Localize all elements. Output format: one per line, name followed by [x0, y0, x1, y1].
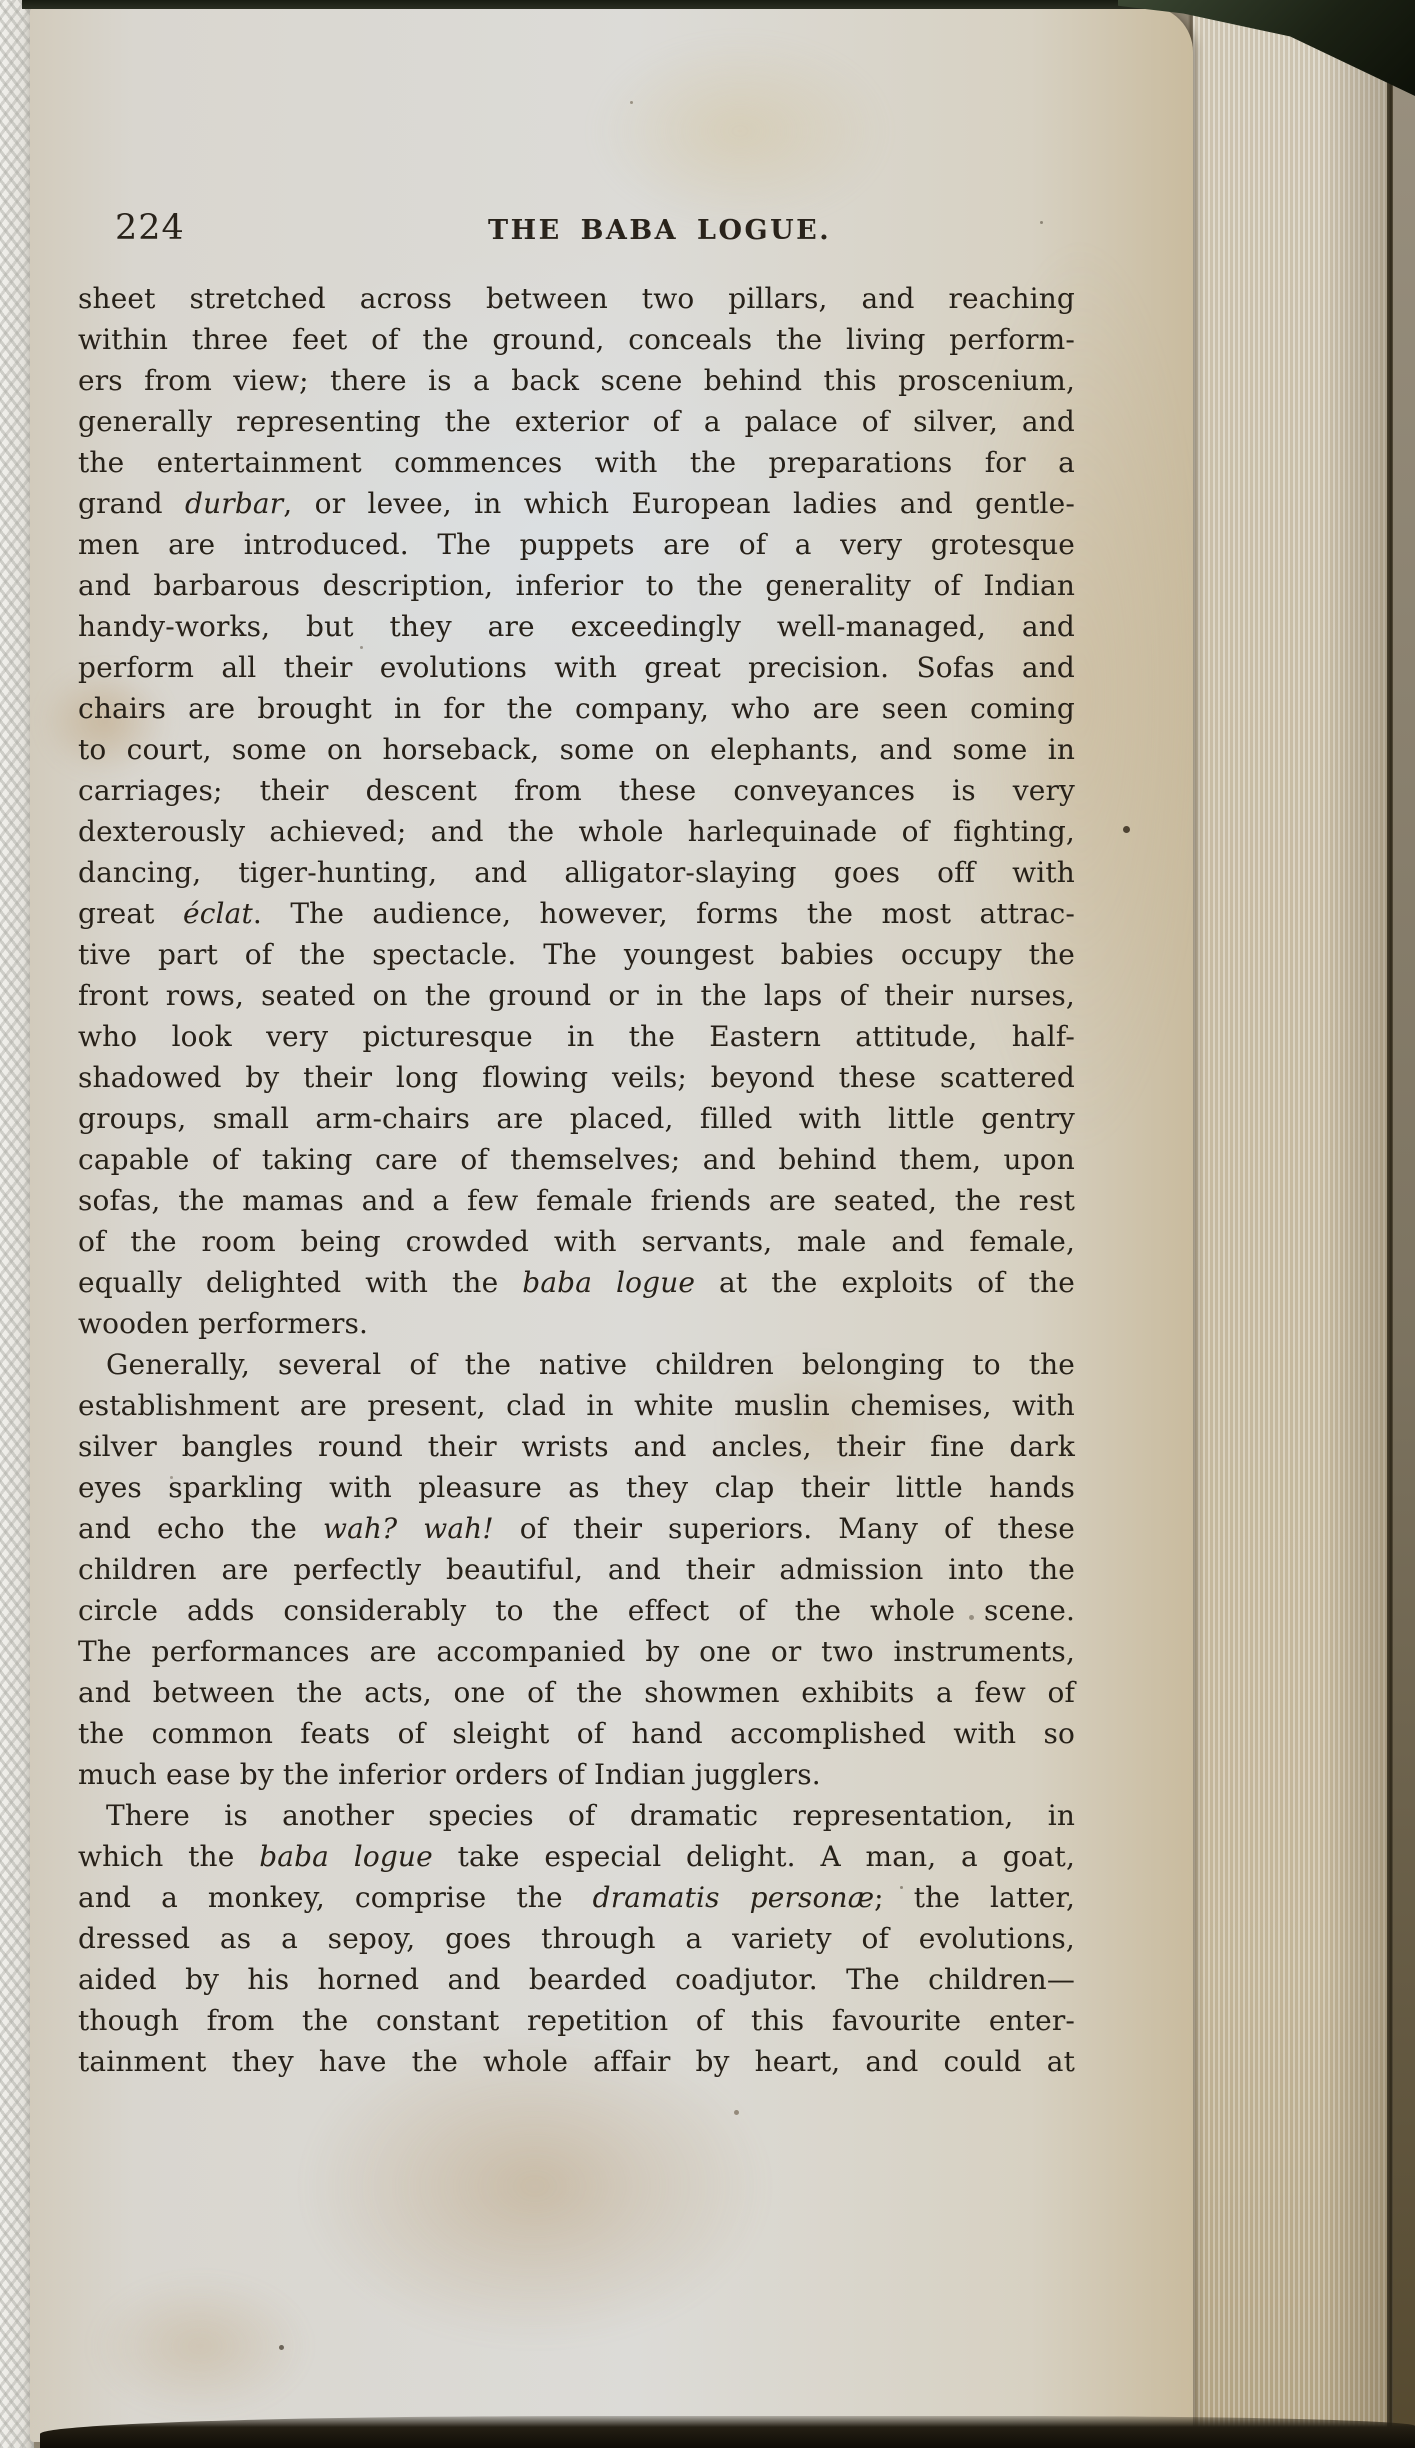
text-line: children are perfectly beautiful, and th…	[78, 1549, 1075, 1590]
text-line: dressed as a sepoy, goes through a varie…	[78, 1918, 1075, 1959]
text-line: to court, some on horseback, some on ele…	[78, 729, 1075, 770]
body-text: equally delighted with the	[78, 1266, 522, 1299]
text-line: groups, small arm-chairs are placed, fil…	[78, 1098, 1075, 1139]
body-text: of their superiors. Many of these	[494, 1512, 1075, 1545]
text-line: and barbarous description, inferior to t…	[78, 565, 1075, 606]
text-line: handy-works, but they are exceedingly we…	[78, 606, 1075, 647]
text-line: of the room being crowded with servants,…	[78, 1221, 1075, 1262]
text-line: chairs are brought in for the company, w…	[78, 688, 1075, 729]
body-text: grand	[78, 487, 185, 520]
text-line: within three feet of the ground, conceal…	[78, 319, 1075, 360]
running-title: THE BABA LOGUE.	[488, 215, 831, 246]
body-text: to court, some on horseback, some on ele…	[78, 733, 1075, 766]
body-text: sofas, the mamas and a few female friend…	[78, 1184, 1075, 1217]
text-line: and echo the wah? wah! of their superior…	[78, 1508, 1075, 1549]
text-line: equally delighted with the baba logue at…	[78, 1262, 1075, 1303]
body-text: dancing, tiger-hunting, and alligator-sl…	[78, 856, 1075, 889]
text-line: Generally, several of the native childre…	[78, 1344, 1075, 1385]
book-page: 224 THE BABA LOGUE. sheet stretched acro…	[30, 6, 1193, 2442]
text-block: sheet stretched across between two pilla…	[78, 278, 1075, 2082]
italic-text: baba logue	[522, 1266, 695, 1299]
text-line: ers from view; there is a back scene beh…	[78, 360, 1075, 401]
italic-text: baba logue	[259, 1840, 433, 1873]
body-text: of the room being crowded with servants,…	[78, 1225, 1075, 1258]
text-line: the entertainment commences with the pre…	[78, 442, 1075, 483]
page-number: 224	[115, 208, 185, 248]
body-text: at the exploits of the	[695, 1266, 1075, 1299]
body-text: tainment they have the whole affair by h…	[78, 2045, 1075, 2078]
paper-stain	[90, 2276, 310, 2416]
body-text: chairs are brought in for the company, w…	[78, 692, 1075, 725]
text-line: sofas, the mamas and a few female friend…	[78, 1180, 1075, 1221]
text-line: carriages; their descent from these conv…	[78, 770, 1075, 811]
body-text: dressed as a sepoy, goes through a varie…	[78, 1922, 1075, 1955]
text-line: establishment are present, clad in white…	[78, 1385, 1075, 1426]
text-line: perform all their evolutions with great …	[78, 647, 1075, 688]
text-line: great éclat. The audience, however, form…	[78, 893, 1075, 934]
body-text: eyes sparkling with pleasure as they cla…	[78, 1471, 1075, 1504]
book-photo: 224 THE BABA LOGUE. sheet stretched acro…	[0, 0, 1415, 2448]
text-line: and between the acts, one of the showmen…	[78, 1672, 1075, 1713]
text-line: circle adds considerably to the effect o…	[78, 1590, 1075, 1631]
body-text: , or levee, in which European ladies and…	[283, 487, 1075, 520]
text-line: front rows, seated on the ground or in t…	[78, 975, 1075, 1016]
text-line: generally representing the exterior of a…	[78, 401, 1075, 442]
body-text: which the	[78, 1840, 259, 1873]
italic-text: éclat	[183, 897, 253, 930]
text-line: eyes sparkling with pleasure as they cla…	[78, 1467, 1075, 1508]
body-text: children are perfectly beautiful, and th…	[78, 1553, 1075, 1586]
body-text: ; the latter,	[874, 1881, 1075, 1914]
body-text: take especial delight. A man, a goat,	[433, 1840, 1075, 1873]
body-text: circle adds considerably to the effect o…	[78, 1594, 1075, 1627]
body-text: carriages; their descent from these conv…	[78, 774, 1075, 807]
body-text: and barbarous description, inferior to t…	[78, 569, 1075, 602]
italic-text: durbar	[185, 487, 283, 520]
text-line: the common feats of sleight of hand acco…	[78, 1713, 1075, 1754]
text-line: dancing, tiger-hunting, and alligator-sl…	[78, 852, 1075, 893]
text-line: tainment they have the whole affair by h…	[78, 2041, 1075, 2082]
body-text: Generally, several of the native childre…	[106, 1348, 1075, 1381]
text-line: capable of taking care of themselves; an…	[78, 1139, 1075, 1180]
body-text: great	[78, 897, 183, 930]
body-text: dexterously achieved; and the whole harl…	[78, 815, 1075, 848]
body-text: ers from view; there is a back scene beh…	[78, 364, 1075, 397]
body-text: sheet stretched across between two pilla…	[78, 282, 1075, 315]
page-fore-edge	[1193, 0, 1390, 2448]
text-line: silver bangles round their wrists and an…	[78, 1426, 1075, 1467]
body-text: front rows, seated on the ground or in t…	[78, 979, 1075, 1012]
body-text: generally representing the exterior of a…	[78, 405, 1075, 438]
body-text: the common feats of sleight of hand acco…	[78, 1717, 1075, 1750]
body-text: . The audience, however, forms the most …	[253, 897, 1075, 930]
body-text: and echo the	[78, 1512, 323, 1545]
body-text: perform all their evolutions with great …	[78, 651, 1075, 684]
body-text: shadowed by their long flowing veils; be…	[78, 1061, 1075, 1094]
body-text: within three feet of the ground, conceal…	[78, 323, 1075, 356]
text-line: aided by his horned and bearded coadjuto…	[78, 1959, 1075, 2000]
text-line: The performances are accompanied by one …	[78, 1631, 1075, 1672]
body-text: wooden performers.	[78, 1307, 368, 1340]
text-line: much ease by the inferior orders of Indi…	[78, 1754, 1075, 1795]
italic-text: dramatis personæ	[593, 1881, 875, 1914]
body-text: men are introduced. The puppets are of a…	[78, 528, 1075, 561]
body-text: and between the acts, one of the showmen…	[78, 1676, 1075, 1709]
body-text: though from the constant repetition of t…	[78, 2004, 1075, 2037]
body-text: capable of taking care of themselves; an…	[78, 1143, 1075, 1176]
text-line: tive part of the spectacle. The youngest…	[78, 934, 1075, 975]
body-text: the entertainment commences with the pre…	[78, 446, 1075, 479]
body-text: groups, small arm-chairs are placed, fil…	[78, 1102, 1075, 1135]
text-line: grand durbar, or levee, in which Europea…	[78, 483, 1075, 524]
binding-cloth	[0, 0, 34, 2448]
italic-text: wah? wah!	[323, 1512, 494, 1545]
page-header: 224 THE BABA LOGUE.	[30, 204, 1193, 250]
text-line: dexterously achieved; and the whole harl…	[78, 811, 1075, 852]
text-line: and a monkey, comprise the dramatis pers…	[78, 1877, 1075, 1918]
body-text: The performances are accompanied by one …	[78, 1635, 1075, 1668]
body-text: who look very picturesque in the Eastern…	[78, 1020, 1075, 1053]
body-text: handy-works, but they are exceedingly we…	[78, 610, 1075, 643]
text-line: who look very picturesque in the Eastern…	[78, 1016, 1075, 1057]
body-text: silver bangles round their wrists and an…	[78, 1430, 1075, 1463]
body-text: and a monkey, comprise the	[78, 1881, 593, 1914]
body-text: tive part of the spectacle. The youngest…	[78, 938, 1075, 971]
book-edge-strip	[1393, 0, 1415, 2448]
body-text: aided by his horned and bearded coadjuto…	[78, 1963, 1075, 1996]
body-text: much ease by the inferior orders of Indi…	[78, 1758, 821, 1791]
text-line: though from the constant repetition of t…	[78, 2000, 1075, 2041]
text-line: men are introduced. The puppets are of a…	[78, 524, 1075, 565]
body-text: establishment are present, clad in white…	[78, 1389, 1075, 1422]
text-line: There is another species of dramatic rep…	[78, 1795, 1075, 1836]
text-line: wooden performers.	[78, 1303, 1075, 1344]
text-line: sheet stretched across between two pilla…	[78, 278, 1075, 319]
text-line: which the baba logue take especial delig…	[78, 1836, 1075, 1877]
text-line: shadowed by their long flowing veils; be…	[78, 1057, 1075, 1098]
body-text: There is another species of dramatic rep…	[106, 1799, 1075, 1832]
book-bottom-edge	[40, 2416, 1415, 2448]
paper-stain	[590, 36, 890, 226]
